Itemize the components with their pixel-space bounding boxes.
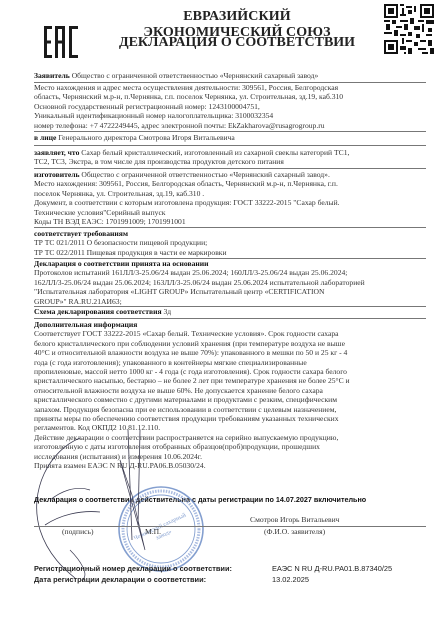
additional-line: Соответствует ГОСТ 33222-2015 «Сахар бел…	[34, 329, 426, 338]
registration-date-value: 13.02.2025	[272, 575, 309, 584]
basis-line-3: "Испытательная лаборатория «LIGHT GROUP»…	[34, 287, 426, 296]
manufacturer-section: изготовитель Общество с ограниченной отв…	[34, 170, 426, 226]
declares-line-2: ТС2, ТС3, Экстра, в том числе для произв…	[34, 157, 426, 166]
eac-logo-icon	[44, 26, 78, 58]
registration-date-label: Дата регистрации декларации о соответств…	[34, 575, 206, 584]
document-title: ДЕКЛАРАЦИЯ О СООТВЕТСТВИИ	[112, 35, 362, 51]
divider	[34, 227, 426, 228]
applicant-section: Заявитель Общество с ограниченной ответс…	[34, 71, 426, 80]
applicant-name: Общество с ограниченной ответственностью…	[72, 71, 319, 80]
scheme-section: Схема декларирования соответствия 3д	[34, 307, 426, 316]
divider	[34, 168, 426, 169]
representative-label: в лице	[34, 133, 56, 142]
basis-line-2: 162ЛЛ/3-25.06/24 выдан 25.06.2024; 163ЛЛ…	[34, 278, 426, 287]
manufacturer-address-2: поселок Чернянка, ул. Строительная, зд.1…	[34, 189, 426, 198]
manufacturer-document-2: Технические условия"Серийный выпуск	[34, 208, 426, 217]
requirements-label: соответствует требованиям	[34, 229, 426, 238]
applicant-contacts: номер телефона: +7 4722249445, адрес эле…	[34, 121, 426, 130]
stamp-caption: М.П.	[145, 527, 161, 536]
requirements-section: соответствует требованиям ТР ТС 021/2011…	[34, 229, 426, 257]
requirement-item: ТР ТС 022/2011 Пищевая продукция в части…	[34, 248, 426, 257]
additional-info-label: Дополнительная информация	[34, 320, 426, 329]
scheme-value: 3д	[164, 307, 172, 316]
basis-label: Декларация о соответствии принята на осн…	[34, 259, 426, 268]
registration-number-value: ЕАЭС N RU Д-RU.PA01.B.87340/25	[272, 564, 392, 573]
handwritten-signature-icon	[20, 430, 160, 580]
additional-line: кристаллического совместно с другими мат…	[34, 395, 426, 404]
declares-section: заявляет, что Сахар белый кристаллически…	[34, 148, 426, 167]
basis-line-1: Протоколов испытаний 161ЛЛ/3-25.06/24 вы…	[34, 268, 426, 277]
additional-line: белого кристаллического при соблюдении у…	[34, 339, 426, 348]
qr-code-icon	[384, 4, 434, 54]
declaration-page: ЕВРАЗИЙСКИЙ ЭКОНОМИЧЕСКИЙ СОЮЗ ДЕКЛАРАЦИ…	[0, 0, 446, 631]
divider	[34, 145, 426, 146]
additional-line: приняты меры по обеспечению соответствия…	[34, 414, 426, 423]
additional-line: пропиленовые, массой нетто 1000 кг - 4 г…	[34, 367, 426, 376]
basis-section: Декларация о соответствии принята на осн…	[34, 259, 426, 306]
applicant-line: Заявитель Общество с ограниченной ответс…	[34, 71, 426, 80]
applicant-details: Место нахождения и адрес места осуществл…	[34, 83, 426, 130]
manufacturer-name: Общество с ограниченной ответственностью…	[81, 170, 329, 179]
additional-line: кристаллического насыпью, бестарно – не …	[34, 376, 426, 385]
manufacturer-tn-ved: Коды ТН ВЭД ЕАЭС: 1701991009; 1701991001	[34, 217, 426, 226]
applicant-address-2: область, Чернянский м.р-н, п.Чернянка, г…	[34, 92, 426, 101]
applicant-label: Заявитель	[34, 71, 70, 80]
divider	[34, 318, 426, 319]
additional-line: года (с года изготовления); упакованного…	[34, 358, 426, 367]
representative-text: Генерального директора Смотрова Игоря Ви…	[58, 133, 235, 142]
signature-caption: (подпись)	[62, 527, 94, 536]
manufacturer-label: изготовитель	[34, 170, 79, 179]
basis-line-4: GROUP»" RA.RU.21АИ63;	[34, 297, 426, 306]
applicant-address-1: Место нахождения и адрес места осуществл…	[34, 83, 426, 92]
scheme-label: Схема декларирования соответствия	[34, 307, 162, 316]
manufacturer-address-1: Место нахождения: 309561, Россия, Белгор…	[34, 179, 426, 188]
manufacturer-document-1: Документ, в соответствии с которым изгот…	[34, 198, 426, 207]
requirement-item: ТР ТС 021/2011 О безопасности пищевой пр…	[34, 238, 426, 247]
signer-name: Смотров Игорь Витальевич	[250, 515, 340, 524]
representative-section: в лице Генерального директора Смотрова И…	[34, 133, 426, 142]
additional-line: относительной влажности воздуха не выше …	[34, 386, 426, 395]
additional-line: 40°С и относительной влажности воздуха н…	[34, 348, 426, 357]
declares-line-1: Сахар белый кристаллический, изготовленн…	[81, 148, 349, 157]
registration-number-label: Регистрационный номер декларации о соотв…	[34, 564, 232, 573]
declares-label: заявляет, что	[34, 148, 79, 157]
applicant-inn: Уникальный идентификационный номер налог…	[34, 111, 426, 120]
applicant-ogrn: Основной государственный регистрационный…	[34, 102, 426, 111]
divider	[34, 131, 426, 132]
additional-line: запахом. Продукция безопасна при ее испо…	[34, 405, 426, 414]
applicant-name-caption: (Ф.И.О. заявителя)	[264, 527, 325, 536]
